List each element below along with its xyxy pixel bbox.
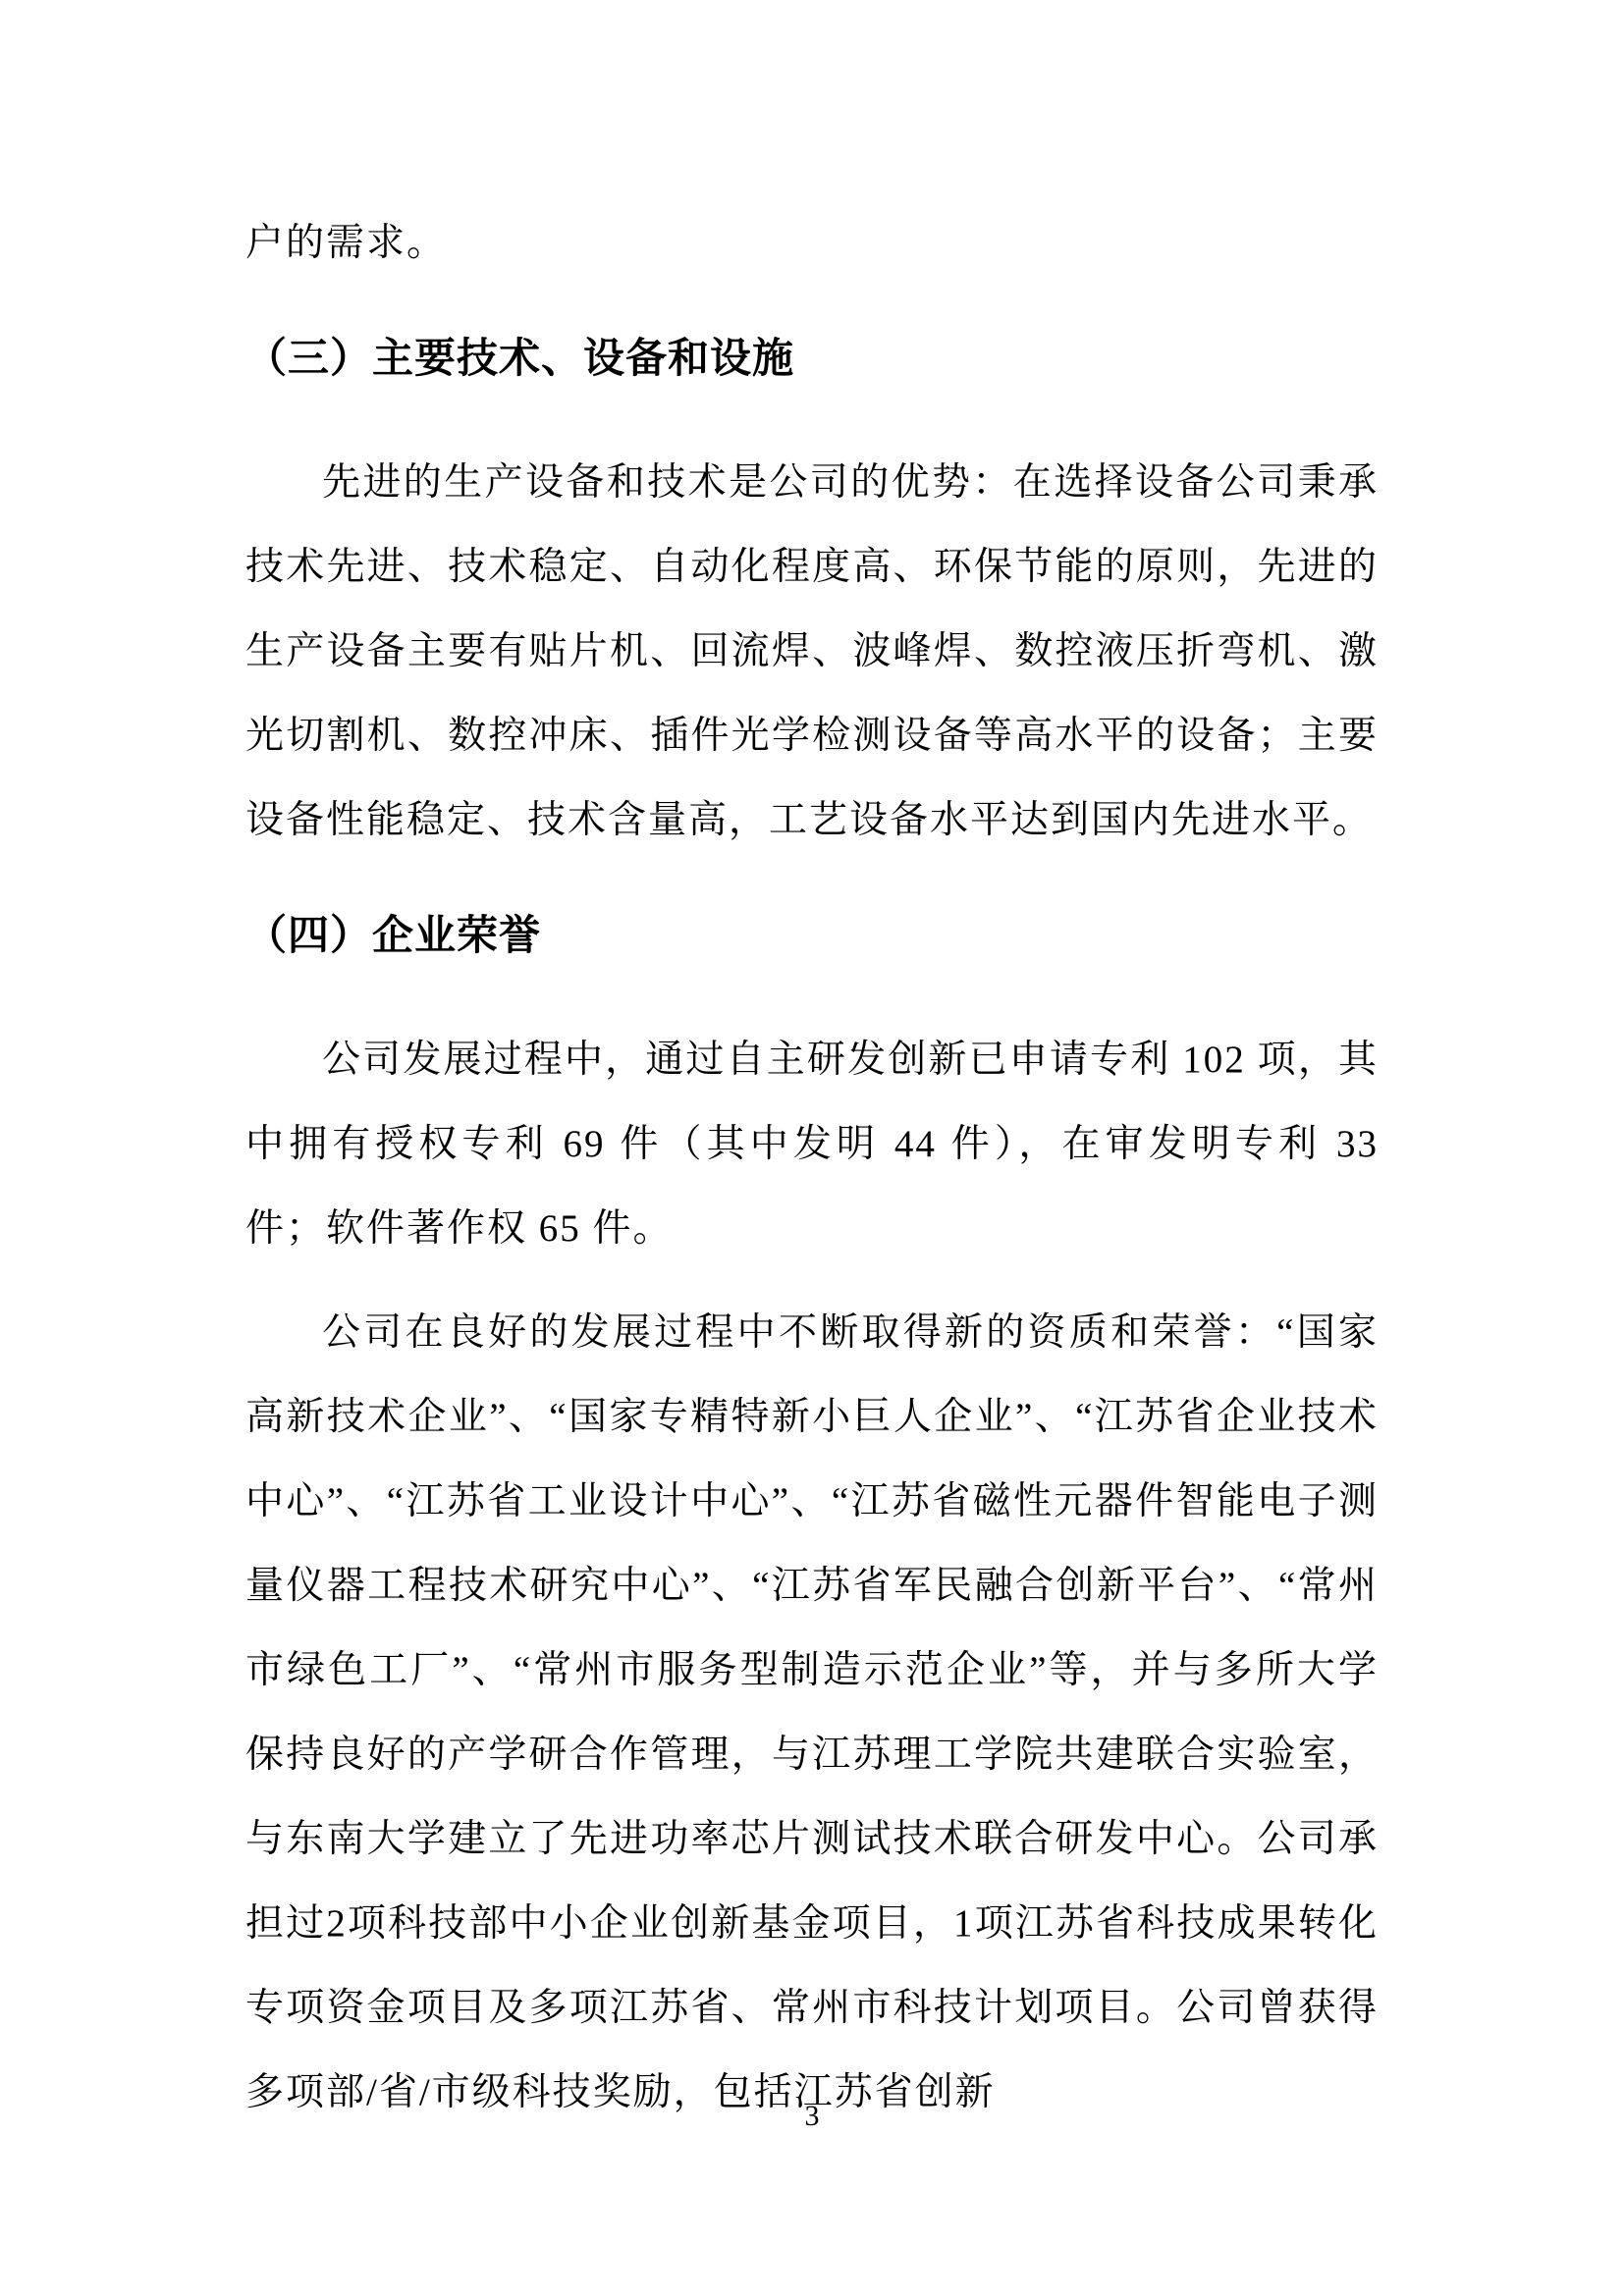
section-heading-technology-equipment: （三）主要技术、设备和设施: [245, 335, 1379, 382]
paragraph-honors-list: 公司在良好的发展过程中不断取得新的资质和荣誉：“国家高新技术企业”、“国家专精特…: [245, 1291, 1379, 2135]
paragraph-equipment-description: 先进的生产设备和技术是公司的优势：在选择设备公司秉承技术先进、技术稳定、自动化程…: [245, 441, 1379, 863]
section-heading-company-honors: （四）企业荣誉: [245, 912, 1379, 959]
page-number: 3: [0, 2096, 1624, 2137]
paragraph-patents: 公司发展过程中，通过自主研发创新已申请专利 102 项，其中拥有授权专利 69 …: [245, 1018, 1379, 1271]
paragraph-continuation: 户的需求。: [245, 201, 1379, 286]
document-page: 户的需求。 （三）主要技术、设备和设施 先进的生产设备和技术是公司的优势：在选择…: [0, 0, 1624, 2296]
